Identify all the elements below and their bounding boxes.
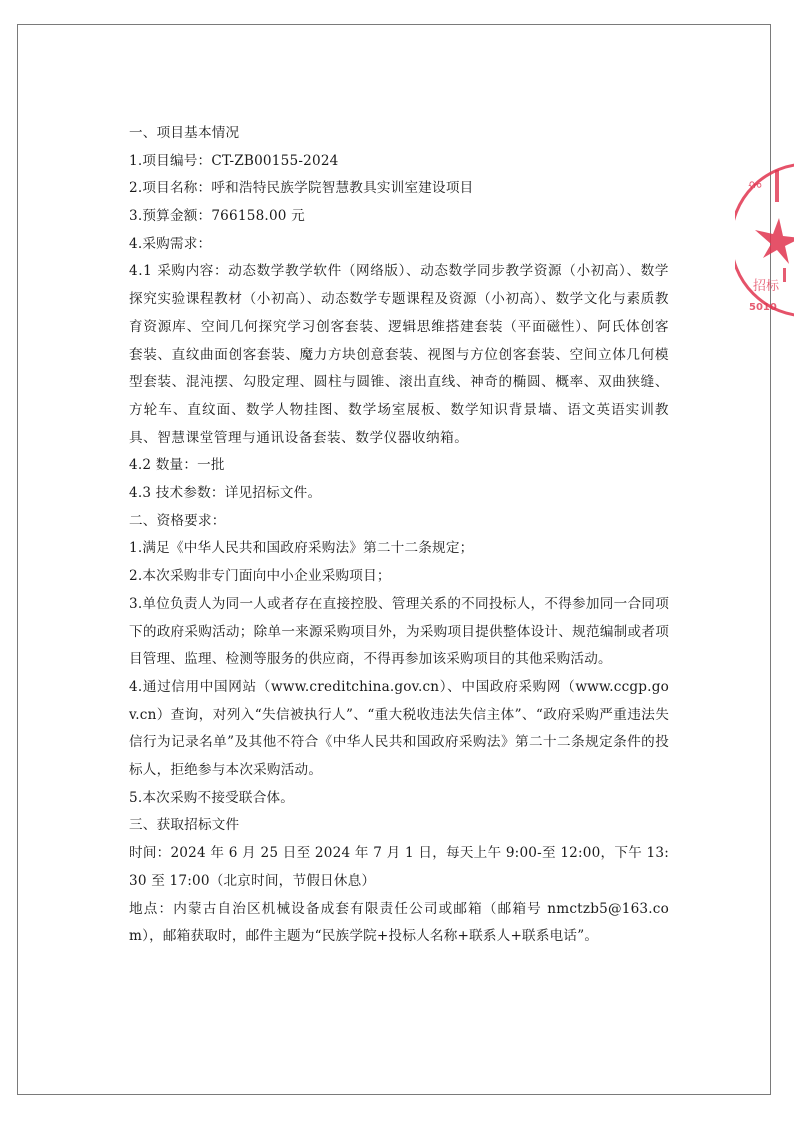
budget-amount: 3.预算金额：766158.00 元 [129, 203, 669, 231]
section-heading-obtain-documents: 三、获取招标文件 [129, 812, 669, 840]
qualification-item-2: 2.本次采购非专门面向中小企业采购项目； [129, 563, 669, 591]
qualification-item-4: 4.通过信用中国网站（www.creditchina.gov.cn）、中国政府采… [129, 674, 669, 785]
quantity: 4.2 数量：一批 [129, 452, 669, 480]
project-name: 2.项目名称：呼和浩特民族学院智慧教具实训室建设项目 [129, 175, 669, 203]
technical-parameters: 4.3 技术参数：详见招标文件。 [129, 480, 669, 508]
qualification-item-3: 3.单位负责人为同一人或者存在直接控股、管理关系的不同投标人，不得参加同一合同项… [129, 591, 669, 674]
procurement-needs-label: 4.采购需求： [129, 231, 669, 259]
document-body: 一、项目基本情况 1.项目编号：CT-ZB00155-2024 2.项目名称：呼… [129, 120, 669, 951]
procurement-content: 4.1 采购内容：动态数学教学软件（网络版）、动态数学同步教学资源（小初高）、数… [129, 258, 669, 452]
project-number: 1.项目编号：CT-ZB00155-2024 [129, 148, 669, 176]
obtain-place: 地点：内蒙古自治区机械设备成套有限责任公司或邮箱（邮箱号 nmctzb5@163… [129, 896, 669, 951]
obtain-time: 时间：2024 年 6 月 25 日至 2024 年 7 月 1 日，每天上午 … [129, 840, 669, 895]
qualification-item-5: 5.本次采购不接受联合体。 [129, 785, 669, 813]
qualification-item-1: 1.满足《中华人民共和国政府采购法》第二十二条规定； [129, 535, 669, 563]
section-heading-basic-info: 一、项目基本情况 [129, 120, 669, 148]
section-heading-qualifications: 二、资格要求： [129, 508, 669, 536]
